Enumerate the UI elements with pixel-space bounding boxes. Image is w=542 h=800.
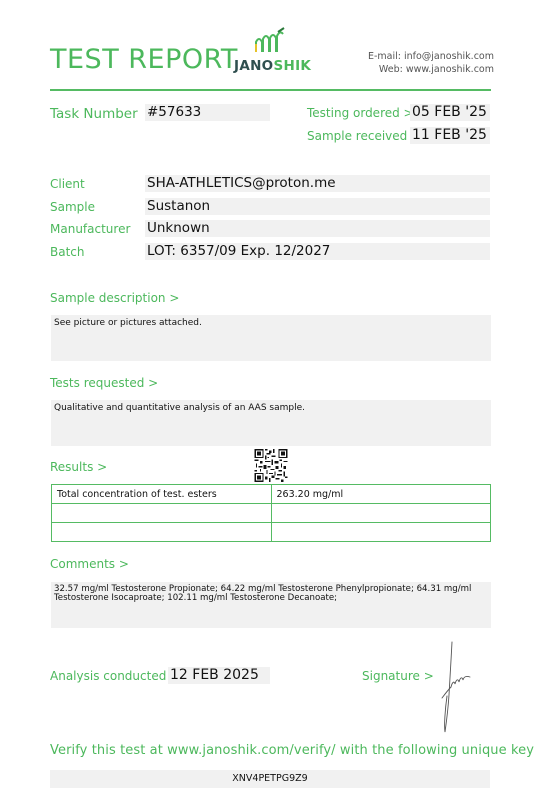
- result-value: [271, 523, 491, 542]
- table-row: [52, 504, 491, 523]
- testing-ordered-label: Testing ordered >: [307, 106, 414, 120]
- results-table: Total concentration of test. esters 263.…: [51, 484, 491, 542]
- result-value: 263.20 mg/ml: [271, 485, 491, 504]
- sample-description-label: Sample description >: [50, 291, 179, 305]
- logo-text-part2: SHIK: [273, 58, 311, 74]
- result-name: [52, 523, 272, 542]
- comments-box: 32.57 mg/ml Testosterone Propionate; 64.…: [51, 582, 491, 628]
- qr-code[interactable]: [254, 449, 288, 482]
- results-label: Results >: [50, 460, 107, 474]
- report-title: TEST REPORT: [50, 44, 238, 75]
- result-value: [271, 504, 491, 523]
- contact-email: E-mail: info@janoshik.com: [368, 50, 494, 63]
- tests-requested-label: Tests requested >: [50, 376, 158, 390]
- client-value: SHA-ATHLETICS@proton.me: [145, 175, 490, 192]
- janoshik-logo: JANOSHIK: [234, 26, 314, 76]
- sample-received-label: Sample received >: [307, 129, 421, 143]
- verify-text: Verify this test at www.janoshik.com/ver…: [50, 743, 534, 758]
- sample-label: Sample: [50, 200, 95, 214]
- batch-label: Batch: [50, 245, 85, 259]
- table-row: [52, 523, 491, 542]
- contact-web: Web: www.janoshik.com: [368, 63, 494, 76]
- sample-received-value: 11 FEB '25: [410, 127, 490, 144]
- sample-description-box: See picture or pictures attached.: [51, 315, 491, 361]
- result-name: Total concentration of test. esters: [52, 485, 272, 504]
- contact-info: E-mail: info@janoshik.com Web: www.janos…: [368, 50, 494, 76]
- task-number-value: #57633: [145, 104, 270, 121]
- signature-image: [436, 640, 480, 734]
- verification-key[interactable]: XNV4PETPG9Z9: [50, 770, 490, 788]
- tests-requested-box: Qualitative and quantitative analysis of…: [51, 400, 491, 446]
- logo-wordmark: JANOSHIK: [234, 58, 311, 74]
- analysis-conducted-value: 12 FEB 2025: [168, 667, 270, 684]
- analysis-conducted-label: Analysis conducted >: [50, 669, 180, 683]
- testing-ordered-value: 05 FEB '25: [410, 104, 490, 121]
- result-name: [52, 504, 272, 523]
- signature-label: Signature >: [362, 669, 434, 683]
- manufacturer-label: Manufacturer: [50, 222, 130, 236]
- logo-text-part1: JANO: [234, 58, 273, 74]
- manufacturer-value: Unknown: [145, 220, 490, 237]
- sample-value: Sustanon: [145, 198, 490, 215]
- comments-label: Comments >: [50, 557, 129, 571]
- batch-value: LOT: 6357/09 Exp. 12/2027: [145, 243, 490, 260]
- header-divider: [50, 89, 491, 91]
- table-row: Total concentration of test. esters 263.…: [52, 485, 491, 504]
- chart-bars-icon: [234, 26, 314, 58]
- task-number-label: Task Number: [50, 106, 138, 122]
- client-label: Client: [50, 177, 85, 191]
